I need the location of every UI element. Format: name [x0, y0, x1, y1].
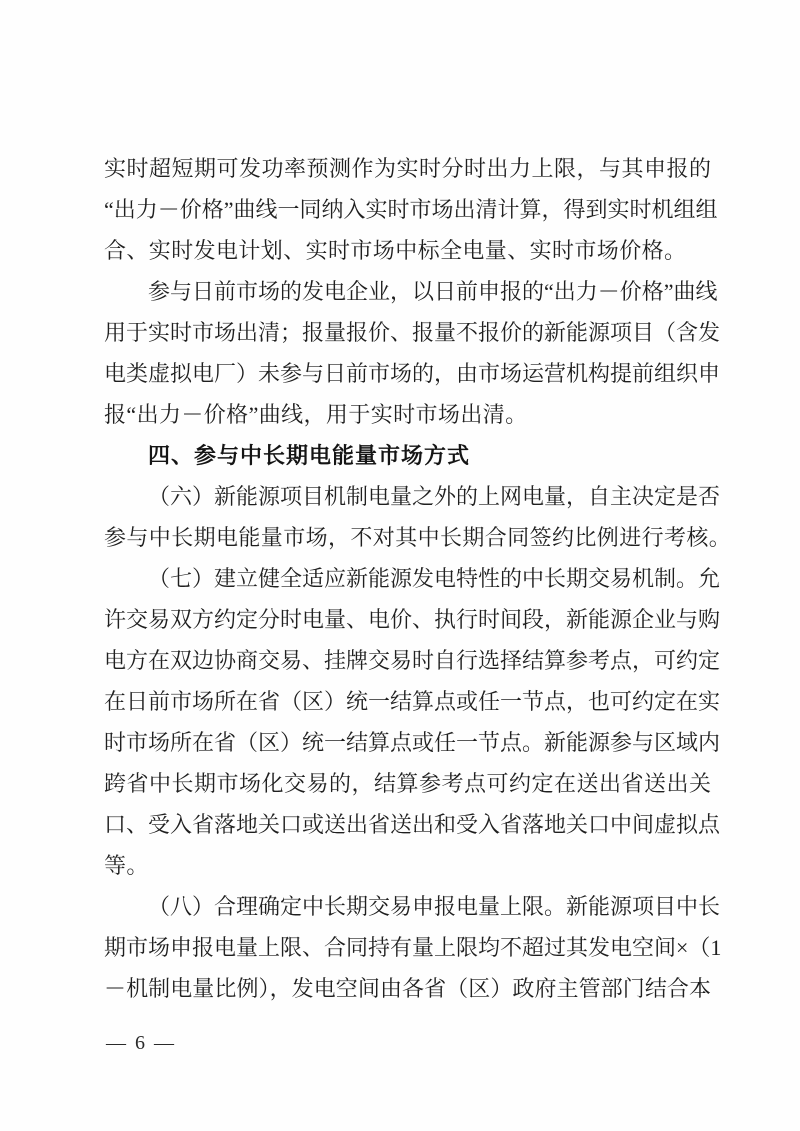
document-page: 实时超短期可发功率预测作为实时分时出力上限，与其申报的“出力－价格”曲线一同纳入… — [0, 0, 800, 1131]
text-line: 参与中长期电能量市场，不对其中长期合同签约比例进行考核。 — [104, 517, 711, 558]
text-line: “出力－价格”曲线一同纳入实时市场出清计算，得到实时机组组 — [104, 189, 711, 230]
text-line: －机制电量比例），发电空间由各省（区）政府主管部门结合本 — [104, 968, 711, 1009]
text-line: 电类虚拟电厂）未参与日前市场的，由市场运营机构提前组织申 — [104, 353, 711, 394]
text-line: 等。 — [104, 845, 711, 886]
text-line: 跨省中长期市场化交易的，结算参考点可约定在送出省送出关 — [104, 763, 711, 804]
text-line: （七）建立健全适应新能源发电特性的中长期交易机制。允 — [104, 558, 711, 599]
text-line: 参与日前市场的发电企业，以日前申报的“出力－价格”曲线 — [104, 271, 711, 312]
text-line: 许交易双方约定分时电量、电价、执行时间段，新能源企业与购 — [104, 599, 711, 640]
text-line: （八）合理确定中长期交易申报电量上限。新能源项目中长 — [104, 886, 711, 927]
text-line: 实时超短期可发功率预测作为实时分时出力上限，与其申报的 — [104, 148, 711, 189]
text-line: 在日前市场所在省（区）统一结算点或任一节点，也可约定在实 — [104, 681, 711, 722]
text-line: 电方在双边协商交易、挂牌交易时自行选择结算参考点，可约定 — [104, 640, 711, 681]
text-line: 用于实时市场出清；报量报价、报量不报价的新能源项目（含发 — [104, 312, 711, 353]
footer-page-number: — 6 — — [106, 1032, 176, 1055]
text-line: 合、实时发电计划、实时市场中标全电量、实时市场价格。 — [104, 230, 711, 271]
text-line: 报“出力－价格”曲线，用于实时市场出清。 — [104, 394, 711, 435]
text-line: 时市场所在省（区）统一结算点或任一节点。新能源参与区域内 — [104, 722, 711, 763]
section-heading: 四、参与中长期电能量市场方式 — [104, 435, 711, 476]
text-line: 期市场申报电量上限、合同持有量上限均不超过其发电空间×（1 — [104, 927, 711, 968]
document-content: 实时超短期可发功率预测作为实时分时出力上限，与其申报的“出力－价格”曲线一同纳入… — [104, 148, 711, 1009]
text-line: 口、受入省落地关口或送出省送出和受入省落地关口中间虚拟点 — [104, 804, 711, 845]
text-line: （六）新能源项目机制电量之外的上网电量，自主决定是否 — [104, 476, 711, 517]
